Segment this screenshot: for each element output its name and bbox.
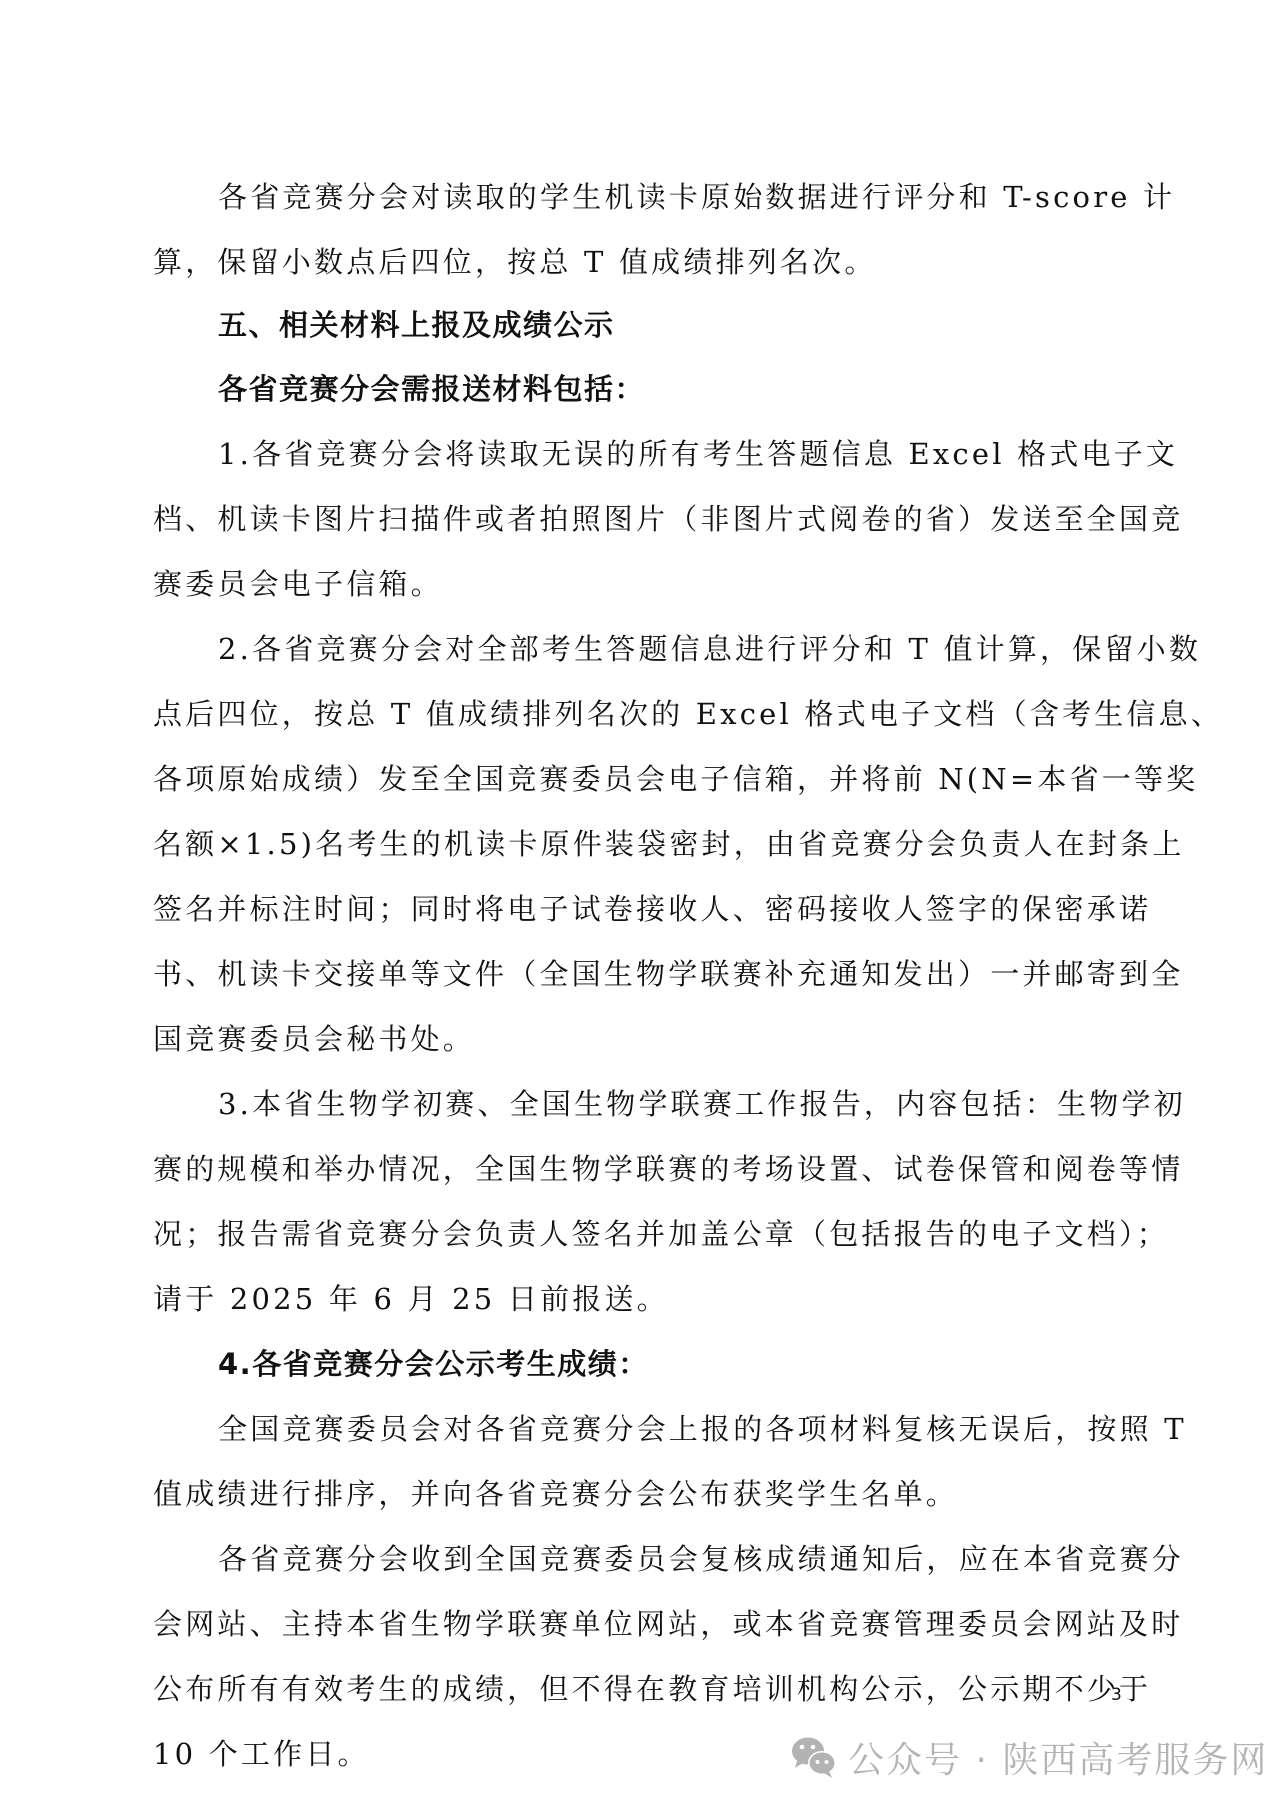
paragraph-line: 会网站、主持本省生物学联赛单位网站，或本省竞赛管理委员会网站及时 — [153, 1607, 1183, 1641]
section-heading-line: 各省竞赛分会需报送材料包括： — [218, 372, 645, 406]
paragraph-line: 况；报告需省竞赛分会负责人签名并加盖公章（包括报告的电子文档）； — [153, 1217, 1169, 1251]
section-heading-line: 五、相关材料上报及成绩公示 — [218, 308, 615, 342]
paragraph-line: 算，保留小数点后四位，按总 T 值成绩排列名次。 — [153, 245, 877, 279]
paragraph-line: 名额×1.5)名考生的机读卡原件装袋密封，由省竞赛分会负责人在封条上 — [153, 827, 1185, 861]
paragraph-line: 赛的规模和举办情况，全国生物学联赛的考场设置、试卷保管和阅卷等情 — [153, 1152, 1183, 1186]
paragraph-line: 1.各省竞赛分会将读取无误的所有考生答题信息 Excel 格式电子文 — [218, 437, 1178, 471]
watermark-text: 公众号 · 陕西高考服务网 — [848, 1732, 1268, 1783]
paragraph-line: 各项原始成绩）发至全国竞赛委员会电子信箱，并将前 N(N=本省一等奖 — [153, 762, 1198, 796]
paragraph-line: 公布所有有效考生的成绩，但不得在教育培训机构公示，公示期不少于 — [153, 1672, 1151, 1706]
paragraph-line: 签名并标注时间；同时将电子试卷接收人、密码接收人签字的保密承诺 — [153, 892, 1151, 926]
watermark: 公众号 · 陕西高考服务网 — [790, 1733, 1268, 1781]
paragraph-line: 值成绩进行排序，并向各省竞赛分会公布获奖学生名单。 — [153, 1477, 958, 1511]
paragraph-line: 各省竞赛分会对读取的学生机读卡原始数据进行评分和 T-score 计 — [218, 180, 1175, 214]
page-number: 3 — [1111, 1685, 1122, 1705]
paragraph-line: 国竞赛委员会秘书处。 — [153, 1022, 475, 1056]
paragraph-line: 各省竞赛分会收到全国竞赛委员会复核成绩通知后，应在本省竞赛分 — [218, 1542, 1184, 1576]
wechat-icon — [790, 1734, 838, 1780]
paragraph-line: 点后四位，按总 T 值成绩排列名次的 Excel 格式电子文档（含考生信息、 — [153, 697, 1223, 731]
paragraph-line: 档、机读卡图片扫描件或者拍照图片（非图片式阅卷的省）发送至全国竞 — [153, 502, 1183, 536]
paragraph-line: 全国竞赛委员会对各省竞赛分会上报的各项材料复核无误后，按照 T — [218, 1412, 1187, 1446]
paragraph-line: 书、机读卡交接单等文件（全国生物学联赛补充通知发出）一并邮寄到全 — [153, 957, 1183, 991]
section-heading-line: 4.各省竞赛分会公示考生成绩： — [218, 1347, 649, 1381]
paragraph-line: 请于 2025 年 6 月 25 日前报送。 — [153, 1282, 669, 1316]
paragraph-line: 3.本省生物学初赛、全国生物学联赛工作报告，内容包括：生物学初 — [218, 1087, 1186, 1121]
paragraph-line: 赛委员会电子信箱。 — [153, 567, 443, 601]
paragraph-line: 2.各省竞赛分会对全部考生答题信息进行评分和 T 值计算，保留小数 — [218, 632, 1201, 666]
paragraph-line: 10 个工作日。 — [153, 1737, 370, 1771]
